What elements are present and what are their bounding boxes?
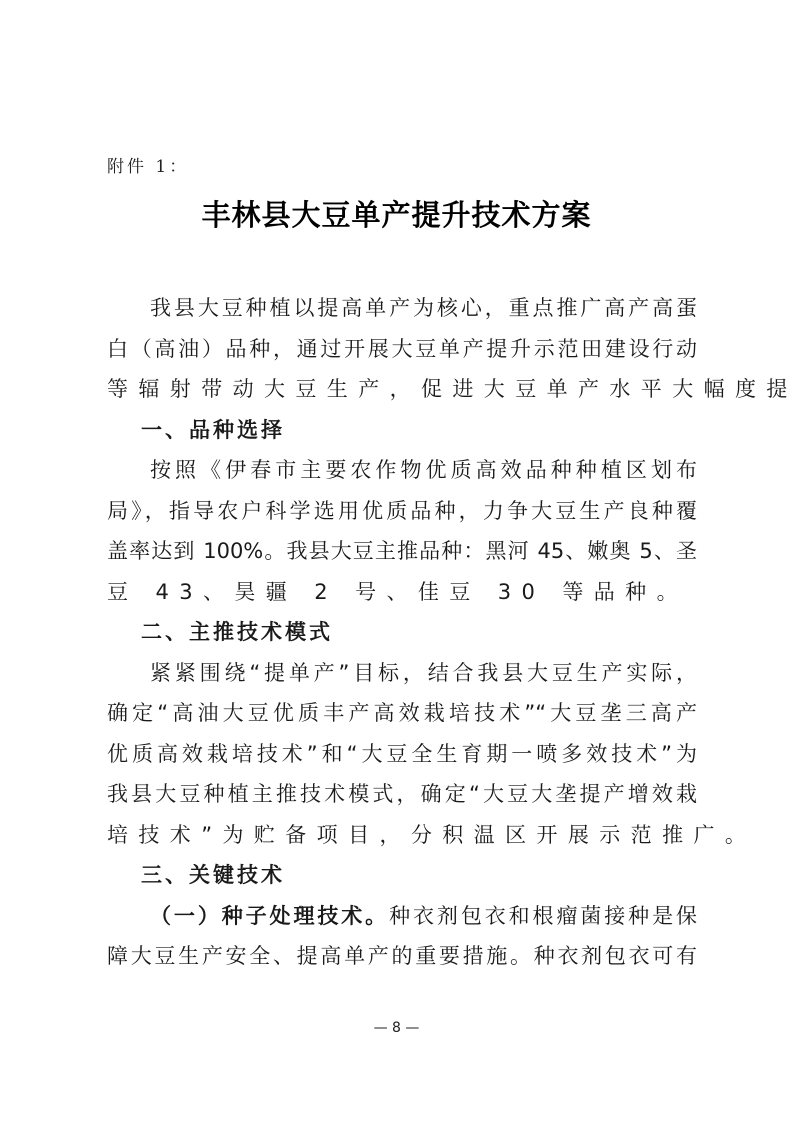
paragraph-line: 白（高油）品种，通过开展大豆单产提升示范田建设行动 — [107, 329, 697, 370]
paragraph-line: 我县大豆种植主推技术模式，确定“大豆大垄提产增效栽 — [107, 774, 697, 815]
paragraph-line: 优质高效栽培技术”和“大豆全生育期一喷多效技术”为 — [107, 734, 697, 775]
paragraph-line: 培技术”为贮备项目，分积温区开展示范推广。 — [107, 815, 697, 856]
paragraph-line: 我县大豆种植以提高单产为核心，重点推广高产高蛋 — [107, 288, 697, 329]
subsection-text: 种衣剂包衣和根瘤菌接种是保 — [389, 904, 697, 928]
section-variety-selection: 一、品种选择 按照《伊春市主要农作物优质高效品种种植区划布 局》，指导农户科学选… — [107, 410, 697, 613]
paragraph-line: 障大豆生产安全、提高单产的重要措施。种衣剂包衣可有 — [107, 936, 697, 977]
section-key-technology: 三、关键技术 （一）种子处理技术。种衣剂包衣和根瘤菌接种是保 障大豆生产安全、提… — [107, 855, 697, 977]
document-title: 丰林县大豆单产提升技术方案 — [0, 193, 793, 234]
subsection-lead-line: （一）种子处理技术。种衣剂包衣和根瘤菌接种是保 — [107, 896, 697, 937]
intro-paragraph: 我县大豆种植以提高单产为核心，重点推广高产高蛋 白（高油）品种，通过开展大豆单产… — [107, 288, 697, 410]
paragraph-line: 紧紧围绕“提单产”目标，结合我县大豆生产实际， — [107, 653, 697, 694]
paragraph-line: 豆 43、昊疆 2 号、佳豆 30 等品种。 — [107, 572, 697, 613]
paragraph-line: 盖率达到 100%。我县大豆主推品种：黑河 45、嫩奥 5、圣 — [107, 531, 697, 572]
attachment-label: 附件 1： — [107, 152, 189, 177]
page-number: — 8 — — [0, 1020, 793, 1036]
subsection-title: （一）种子处理技术。 — [150, 904, 389, 928]
paragraph-line: 局》，指导农户科学选用优质品种，力争大豆生产良种覆 — [107, 491, 697, 532]
paragraph-line: 确定“高油大豆优质丰产高效栽培技术”“大豆垄三高产 — [107, 693, 697, 734]
section-heading: 二、主推技术模式 — [107, 612, 697, 653]
section-main-technology: 二、主推技术模式 紧紧围绕“提单产”目标，结合我县大豆生产实际， 确定“高油大豆… — [107, 612, 697, 855]
paragraph-line: 等辐射带动大豆生产，促进大豆单产水平大幅度提升。 — [107, 369, 697, 410]
section-heading: 一、品种选择 — [107, 410, 697, 451]
section-heading: 三、关键技术 — [107, 855, 697, 896]
document-body: 我县大豆种植以提高单产为核心，重点推广高产高蛋 白（高油）品种，通过开展大豆单产… — [107, 288, 697, 977]
paragraph-line: 按照《伊春市主要农作物优质高效品种种植区划布 — [107, 450, 697, 491]
document-page: 附件 1： 丰林县大豆单产提升技术方案 我县大豆种植以提高单产为核心，重点推广高… — [0, 0, 793, 1122]
